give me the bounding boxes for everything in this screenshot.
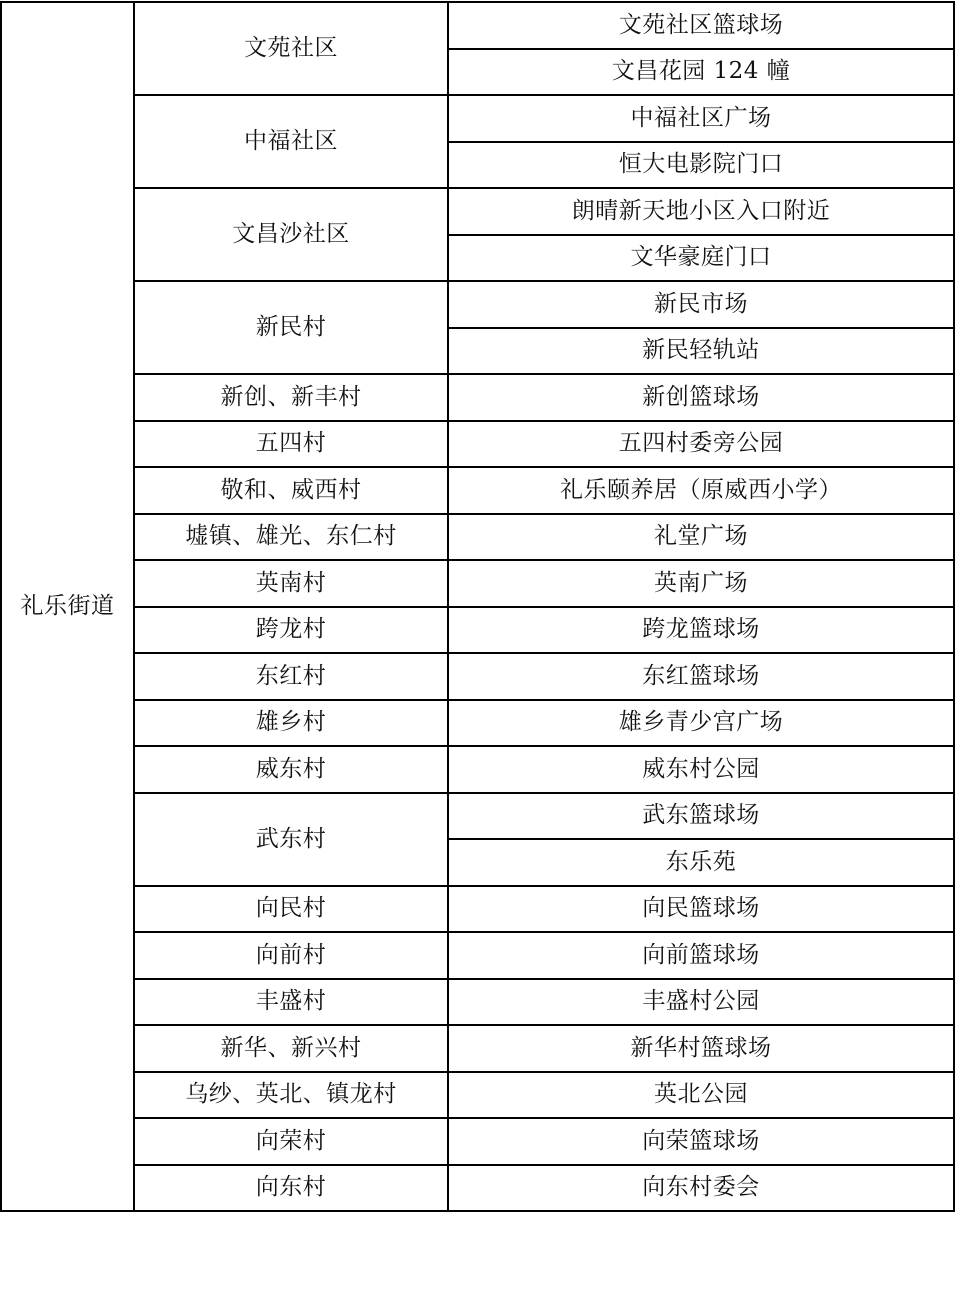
community-cell: 五四村	[134, 421, 448, 468]
site-cell: 新民轻轨站	[448, 328, 954, 375]
community-cell: 武东村	[134, 793, 448, 886]
site-cell: 东红篮球场	[448, 653, 954, 700]
table-row: 礼乐街道 文苑社区 文苑社区篮球场	[1, 2, 954, 49]
site-cell: 英南广场	[448, 560, 954, 607]
table-row: 向民村 向民篮球场	[1, 886, 954, 933]
site-cell: 向东村委会	[448, 1165, 954, 1212]
table-row: 新创、新丰村 新创篮球场	[1, 374, 954, 421]
table-row: 乌纱、英北、镇龙村 英北公园	[1, 1072, 954, 1119]
table-row: 向前村 向前篮球场	[1, 932, 954, 979]
site-cell: 礼堂广场	[448, 514, 954, 561]
community-cell: 敬和、威西村	[134, 467, 448, 514]
site-cell: 中福社区广场	[448, 95, 954, 142]
site-cell: 向民篮球场	[448, 886, 954, 933]
site-cell: 文昌花园 124 幢	[448, 49, 954, 96]
site-cell: 文华豪庭门口	[448, 235, 954, 282]
site-cell: 威东村公园	[448, 746, 954, 793]
community-cell: 向荣村	[134, 1118, 448, 1165]
community-cell: 向前村	[134, 932, 448, 979]
community-cell: 东红村	[134, 653, 448, 700]
table-row: 文昌沙社区 朗晴新天地小区入口附近	[1, 188, 954, 235]
site-cell: 新创篮球场	[448, 374, 954, 421]
table-row: 向东村 向东村委会	[1, 1165, 954, 1212]
site-cell: 新华村篮球场	[448, 1025, 954, 1072]
table-row: 新华、新兴村 新华村篮球场	[1, 1025, 954, 1072]
community-cell: 向东村	[134, 1165, 448, 1212]
community-cell: 乌纱、英北、镇龙村	[134, 1072, 448, 1119]
site-cell: 英北公园	[448, 1072, 954, 1119]
community-cell: 文昌沙社区	[134, 188, 448, 281]
table-row: 新民村 新民市场	[1, 281, 954, 328]
community-cell: 新民村	[134, 281, 448, 374]
community-cell: 新创、新丰村	[134, 374, 448, 421]
table-row: 丰盛村 丰盛村公园	[1, 979, 954, 1026]
community-cell: 丰盛村	[134, 979, 448, 1026]
site-cell: 雄乡青少宫广场	[448, 700, 954, 747]
community-cell: 英南村	[134, 560, 448, 607]
community-cell: 跨龙村	[134, 607, 448, 654]
site-cell: 恒大电影院门口	[448, 142, 954, 189]
table-row: 敬和、威西村 礼乐颐养居（原威西小学）	[1, 467, 954, 514]
site-cell: 向荣篮球场	[448, 1118, 954, 1165]
site-cell: 丰盛村公园	[448, 979, 954, 1026]
table-row: 中福社区 中福社区广场	[1, 95, 954, 142]
site-cell: 文苑社区篮球场	[448, 2, 954, 49]
table-row: 雄乡村 雄乡青少宫广场	[1, 700, 954, 747]
table-row: 向荣村 向荣篮球场	[1, 1118, 954, 1165]
table-row: 五四村 五四村委旁公园	[1, 421, 954, 468]
community-cell: 雄乡村	[134, 700, 448, 747]
community-cell: 墟镇、雄光、东仁村	[134, 514, 448, 561]
table-row: 武东村 武东篮球场	[1, 793, 954, 840]
community-cell: 文苑社区	[134, 2, 448, 95]
site-cell: 五四村委旁公园	[448, 421, 954, 468]
site-cell: 向前篮球场	[448, 932, 954, 979]
street-cell: 礼乐街道	[1, 2, 134, 1211]
community-cell: 新华、新兴村	[134, 1025, 448, 1072]
site-cell: 新民市场	[448, 281, 954, 328]
community-cell: 威东村	[134, 746, 448, 793]
table-row: 英南村 英南广场	[1, 560, 954, 607]
table-row: 墟镇、雄光、东仁村 礼堂广场	[1, 514, 954, 561]
table-row: 威东村 威东村公园	[1, 746, 954, 793]
table-row: 跨龙村 跨龙篮球场	[1, 607, 954, 654]
sites-table: 礼乐街道 文苑社区 文苑社区篮球场 文昌花园 124 幢 中福社区 中福社区广场…	[0, 1, 955, 1212]
site-cell: 朗晴新天地小区入口附近	[448, 188, 954, 235]
site-cell: 礼乐颐养居（原威西小学）	[448, 467, 954, 514]
table-row: 东红村 东红篮球场	[1, 653, 954, 700]
site-cell: 跨龙篮球场	[448, 607, 954, 654]
community-cell: 向民村	[134, 886, 448, 933]
site-cell: 东乐苑	[448, 839, 954, 886]
community-cell: 中福社区	[134, 95, 448, 188]
site-cell: 武东篮球场	[448, 793, 954, 840]
